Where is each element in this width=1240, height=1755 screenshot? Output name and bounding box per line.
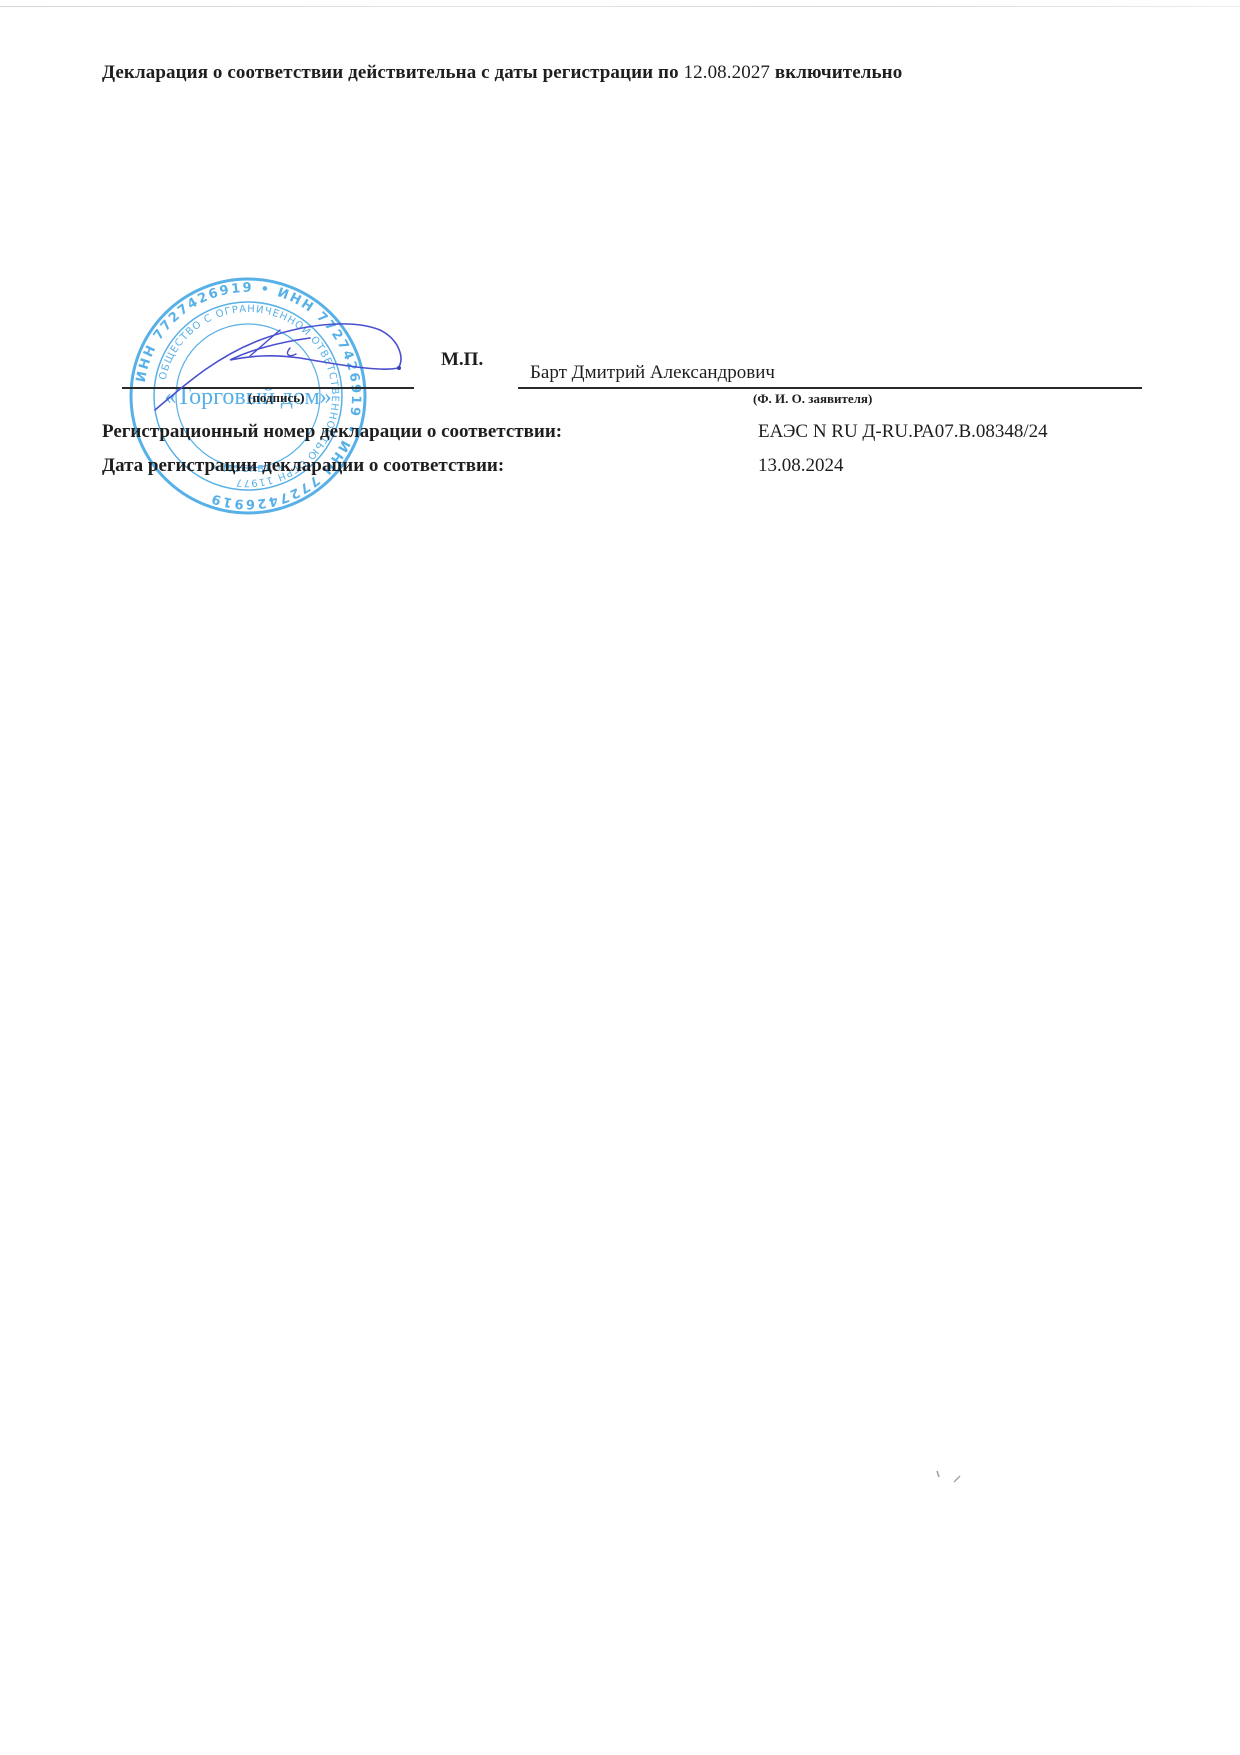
signature-line	[122, 387, 414, 389]
registration-date-value: 13.08.2024	[758, 455, 844, 477]
registration-date-label: Дата регистрации декларации о соответств…	[102, 455, 504, 477]
validity-date: 12.08.2027	[684, 62, 771, 83]
validity-statement: Декларация о соответствии действительна …	[102, 62, 902, 84]
registration-number-label: Регистрационный номер декларации о соотв…	[102, 421, 562, 443]
applicant-caption: (Ф. И. О. заявителя)	[753, 391, 872, 407]
scan-edge-line	[0, 6, 1240, 7]
seal-place-label: М.П.	[441, 349, 483, 371]
registration-number-value: ЕАЭС N RU Д-RU.РА07.В.08348/24	[758, 421, 1048, 443]
applicant-name-line	[518, 387, 1142, 389]
validity-prefix: Декларация о соответствии действительна …	[102, 62, 684, 83]
signature-caption: (подпись)	[248, 390, 304, 406]
scan-speck	[934, 1468, 974, 1488]
validity-suffix: включительно	[770, 62, 902, 83]
applicant-name: Барт Дмитрий Александрович	[530, 362, 775, 384]
